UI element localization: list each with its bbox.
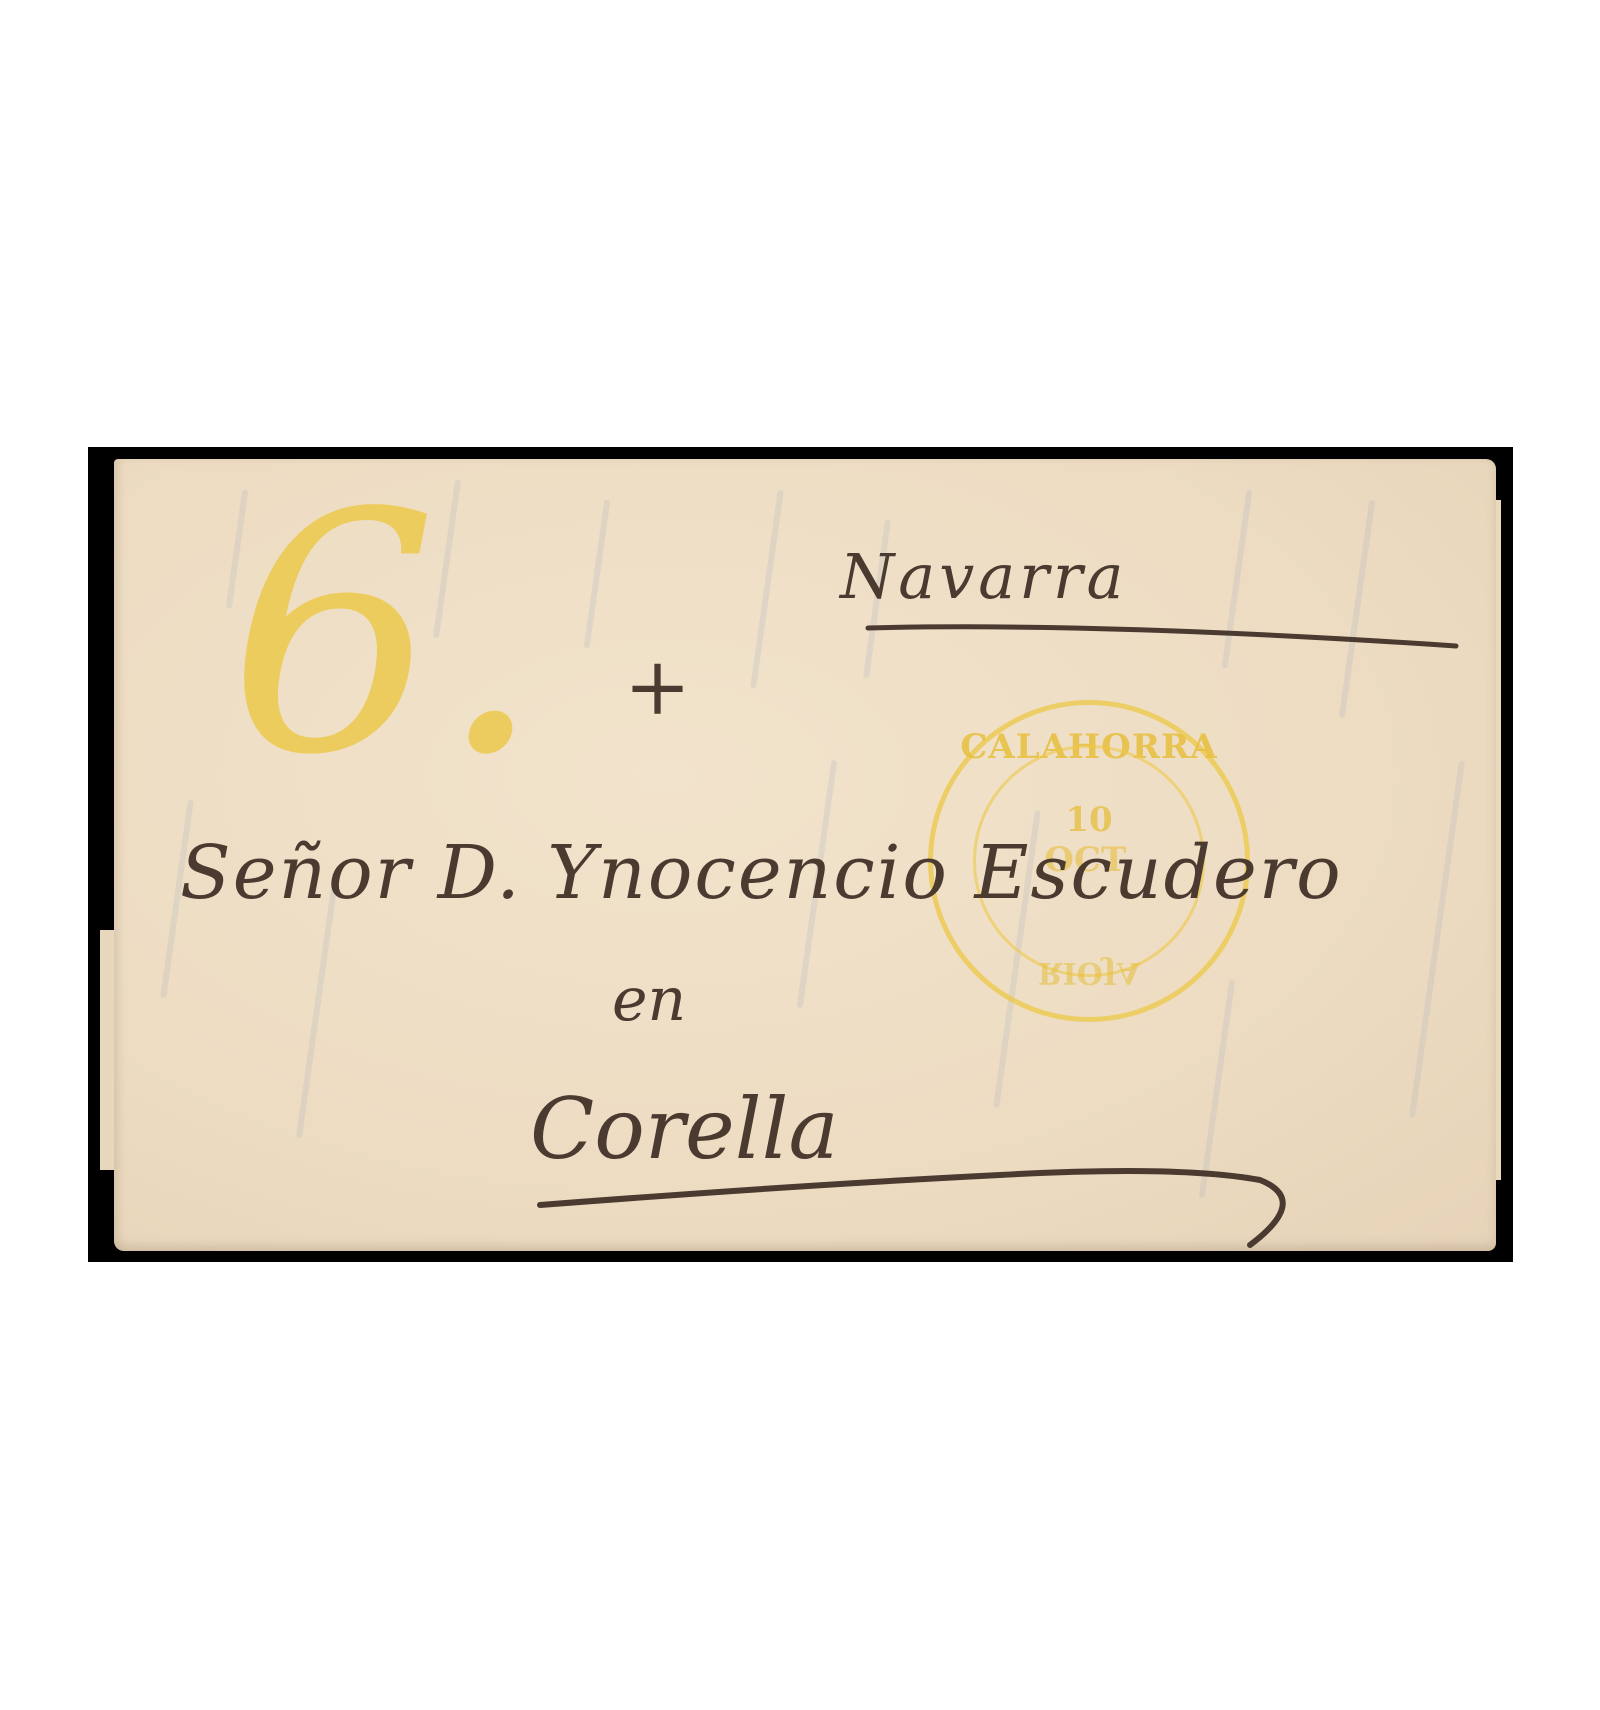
handwritten-region: Navarra bbox=[840, 540, 1127, 613]
handwritten-preposition: en bbox=[612, 965, 686, 1035]
handwritten-cross-mark: + bbox=[624, 640, 691, 733]
handwritten-addressee: Señor D. Ynocencio Escudero bbox=[180, 830, 1343, 916]
handwritten-city: Corella bbox=[530, 1080, 839, 1178]
rate-handstamp: 6. bbox=[228, 470, 543, 800]
postmark-region: RIOJA bbox=[933, 955, 1245, 990]
